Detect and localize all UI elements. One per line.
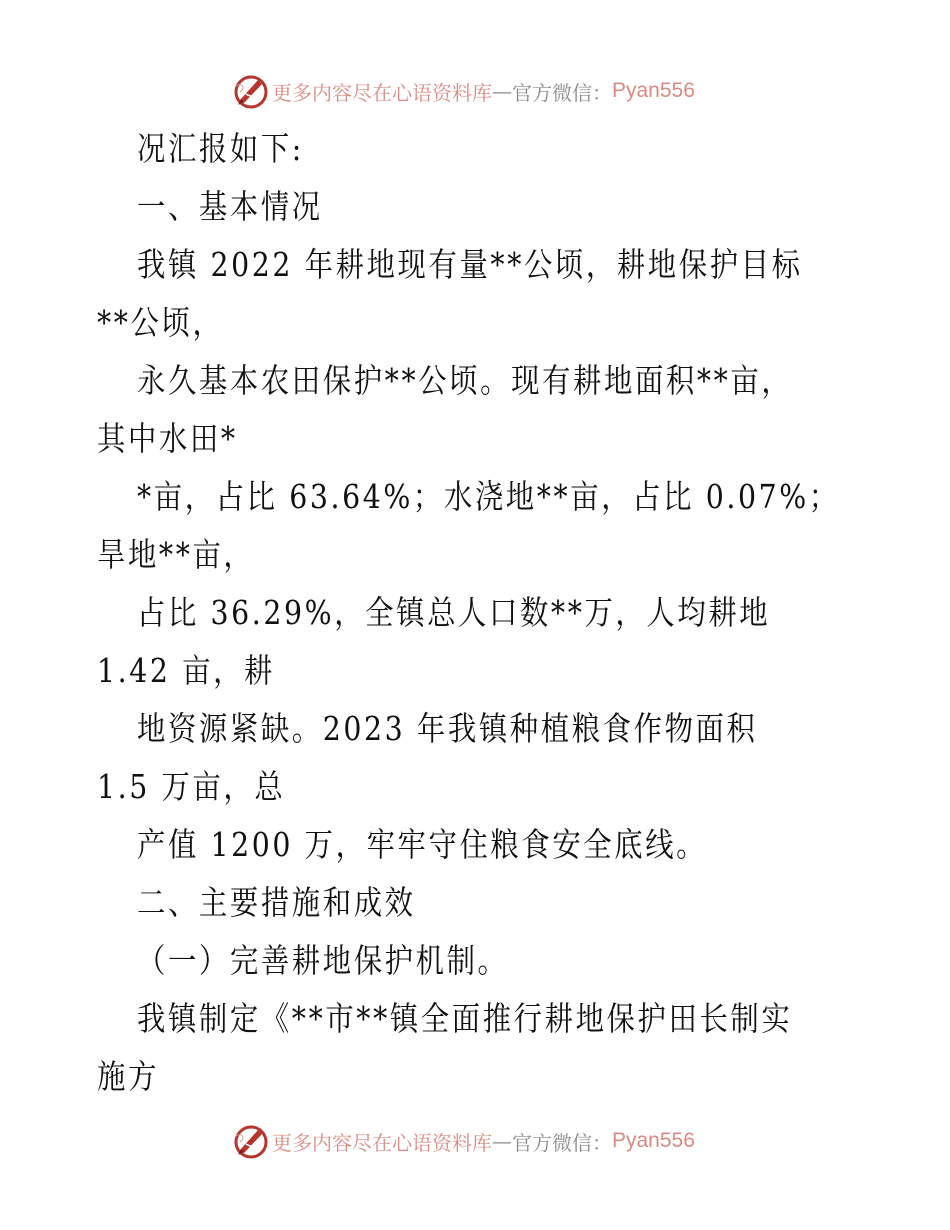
watermark-dash: —	[492, 1129, 512, 1153]
paragraph-line: 其中水田*	[97, 410, 238, 468]
paragraph-line: 施方	[97, 1048, 159, 1106]
subsection-heading: （一）完善耕地保护机制。	[137, 932, 509, 990]
quill-pen-logo-icon	[232, 72, 270, 110]
watermark-wechat-label: 官方微信：	[512, 77, 612, 106]
watermark-wechat-id: Pyan556	[612, 1129, 695, 1153]
paragraph-line: 占比 36.29%，全镇总人口数**万，人均耕地	[137, 584, 770, 642]
paragraph-line: 我镇制定《**市**镇全面推行耕地保护田长制实	[137, 990, 792, 1048]
footer-watermark: 更多内容尽在心语资料库 — 官方微信： Pyan556	[232, 1121, 695, 1161]
paragraph-line: 1.5 万亩，总	[97, 758, 285, 816]
quill-pen-logo-icon	[232, 1122, 270, 1160]
paragraph-line: 我镇 2022 年耕地现有量**公顷，耕地保护目标	[137, 236, 803, 294]
watermark-site-text: 更多内容尽在心语资料库	[272, 1127, 492, 1156]
section-heading: 二、主要措施和成效	[137, 874, 416, 932]
watermark-dash: —	[492, 79, 512, 103]
paragraph-line: 永久基本农田保护**公顷。现有耕地面积**亩，	[137, 352, 792, 410]
paragraph-line: 产值 1200 万，牢牢守住粮食安全底线。	[137, 816, 707, 874]
header-watermark: 更多内容尽在心语资料库 — 官方微信： Pyan556	[232, 71, 695, 111]
paragraph-line: 地资源紧缺。2023 年我镇种植粮食作物面积	[137, 700, 757, 758]
section-heading: 一、基本情况	[137, 178, 323, 236]
paragraph-line: 况汇报如下:	[137, 120, 304, 178]
paragraph-line: 1.42 亩，耕	[97, 642, 275, 700]
watermark-wechat-id: Pyan556	[612, 79, 695, 103]
watermark-site-text: 更多内容尽在心语资料库	[272, 77, 492, 106]
paragraph-line: **公顷，	[97, 294, 223, 352]
paragraph-line: *亩，占比 63.64%；水浇地**亩，占比 0.07%；	[137, 468, 840, 526]
paragraph-line: 旱地**亩，	[97, 526, 254, 584]
watermark-wechat-label: 官方微信：	[512, 1127, 612, 1156]
